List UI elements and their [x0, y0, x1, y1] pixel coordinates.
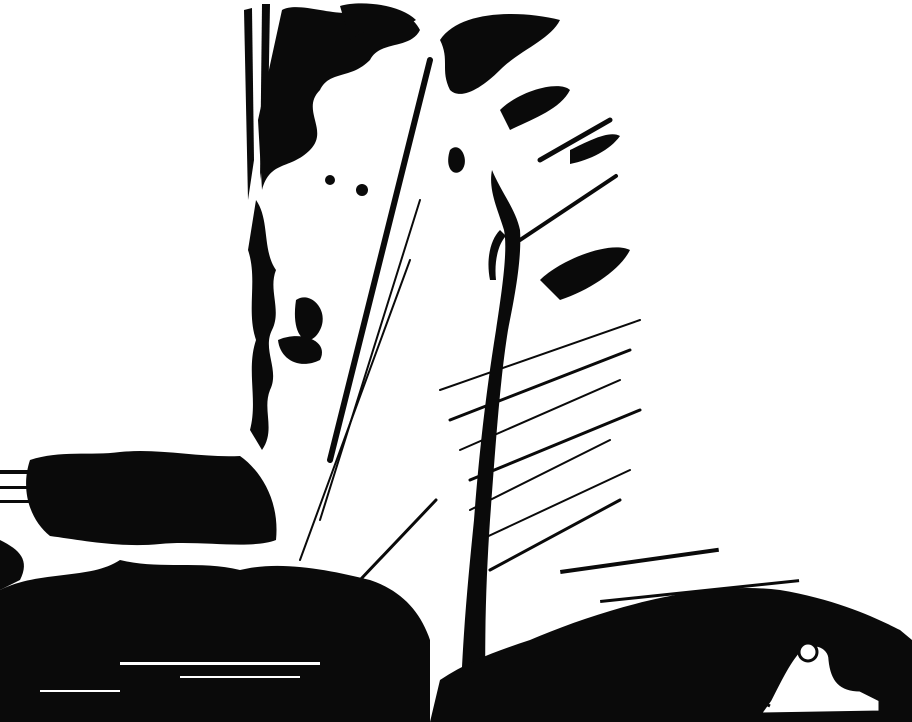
ink-illustration — [0, 0, 912, 722]
water — [0, 660, 430, 722]
